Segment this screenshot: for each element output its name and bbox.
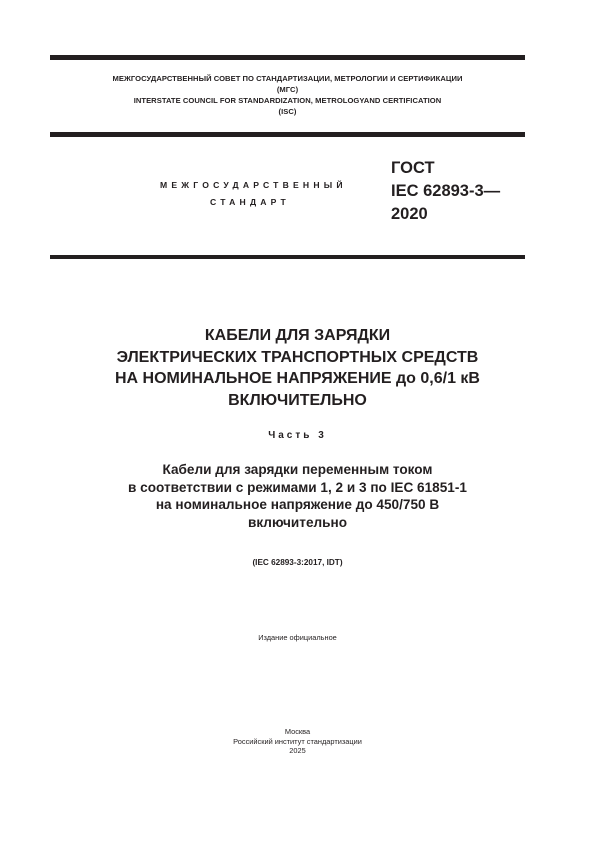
title-line1: КАБЕЛИ ДЛЯ ЗАРЯДКИ [40, 325, 555, 347]
standard-designation: ГОСТ IEC 62893-3— 2020 [391, 157, 500, 226]
part-number: Часть 3 [40, 430, 555, 441]
edition-note: Издание официальное [40, 633, 555, 642]
imprint-publisher: Российский институт стандартизации [40, 737, 555, 747]
subtitle-line3: на номинальное напряжение до 450/750 В [40, 496, 555, 514]
top-divider [50, 55, 525, 60]
subtitle-line2: в соответствии с режимами 1, 2 и 3 по IE… [40, 479, 555, 497]
document-title: КАБЕЛИ ДЛЯ ЗАРЯДКИ ЭЛЕКТРИЧЕСКИХ ТРАНСПО… [40, 325, 555, 411]
iec-reference: (IEC 62893-3:2017, IDT) [40, 558, 555, 567]
designation-line2: IEC 62893-3— [391, 180, 500, 203]
subtitle-line1: Кабели для зарядки переменным током [40, 461, 555, 479]
council-name-en: INTERSTATE COUNCIL FOR STANDARDIZATION, … [50, 95, 525, 106]
title-line4: ВКЛЮЧИТЕЛЬНО [40, 390, 555, 412]
designation-line1: ГОСТ [391, 157, 500, 180]
standard-type-line2: СТАНДАРТ [160, 194, 340, 211]
subtitle-line4: включительно [40, 514, 555, 532]
imprint: Москва Российский институт стандартизаци… [40, 727, 555, 756]
standard-type-label: МЕЖГОСУДАРСТВЕННЫЙ СТАНДАРТ [160, 177, 340, 211]
imprint-year: 2025 [40, 746, 555, 756]
imprint-city: Москва [40, 727, 555, 737]
title-line3: НА НОМИНАЛЬНОЕ НАПРЯЖЕНИЕ до 0,6/1 кВ [40, 368, 555, 390]
standard-type-line1: МЕЖГОСУДАРСТВЕННЫЙ [160, 177, 340, 194]
document-subtitle: Кабели для зарядки переменным током в со… [40, 461, 555, 531]
council-name-ru: МЕЖГОСУДАРСТВЕННЫЙ СОВЕТ ПО СТАНДАРТИЗАЦ… [50, 73, 525, 84]
bottom-divider [50, 255, 525, 259]
middle-divider [50, 132, 525, 137]
designation-line3: 2020 [391, 203, 500, 226]
council-abbr-ru: (МГС) [50, 84, 525, 95]
council-header: МЕЖГОСУДАРСТВЕННЫЙ СОВЕТ ПО СТАНДАРТИЗАЦ… [50, 73, 525, 117]
council-abbr-en: (ISC) [50, 106, 525, 117]
title-line2: ЭЛЕКТРИЧЕСКИХ ТРАНСПОРТНЫХ СРЕДСТВ [40, 347, 555, 369]
